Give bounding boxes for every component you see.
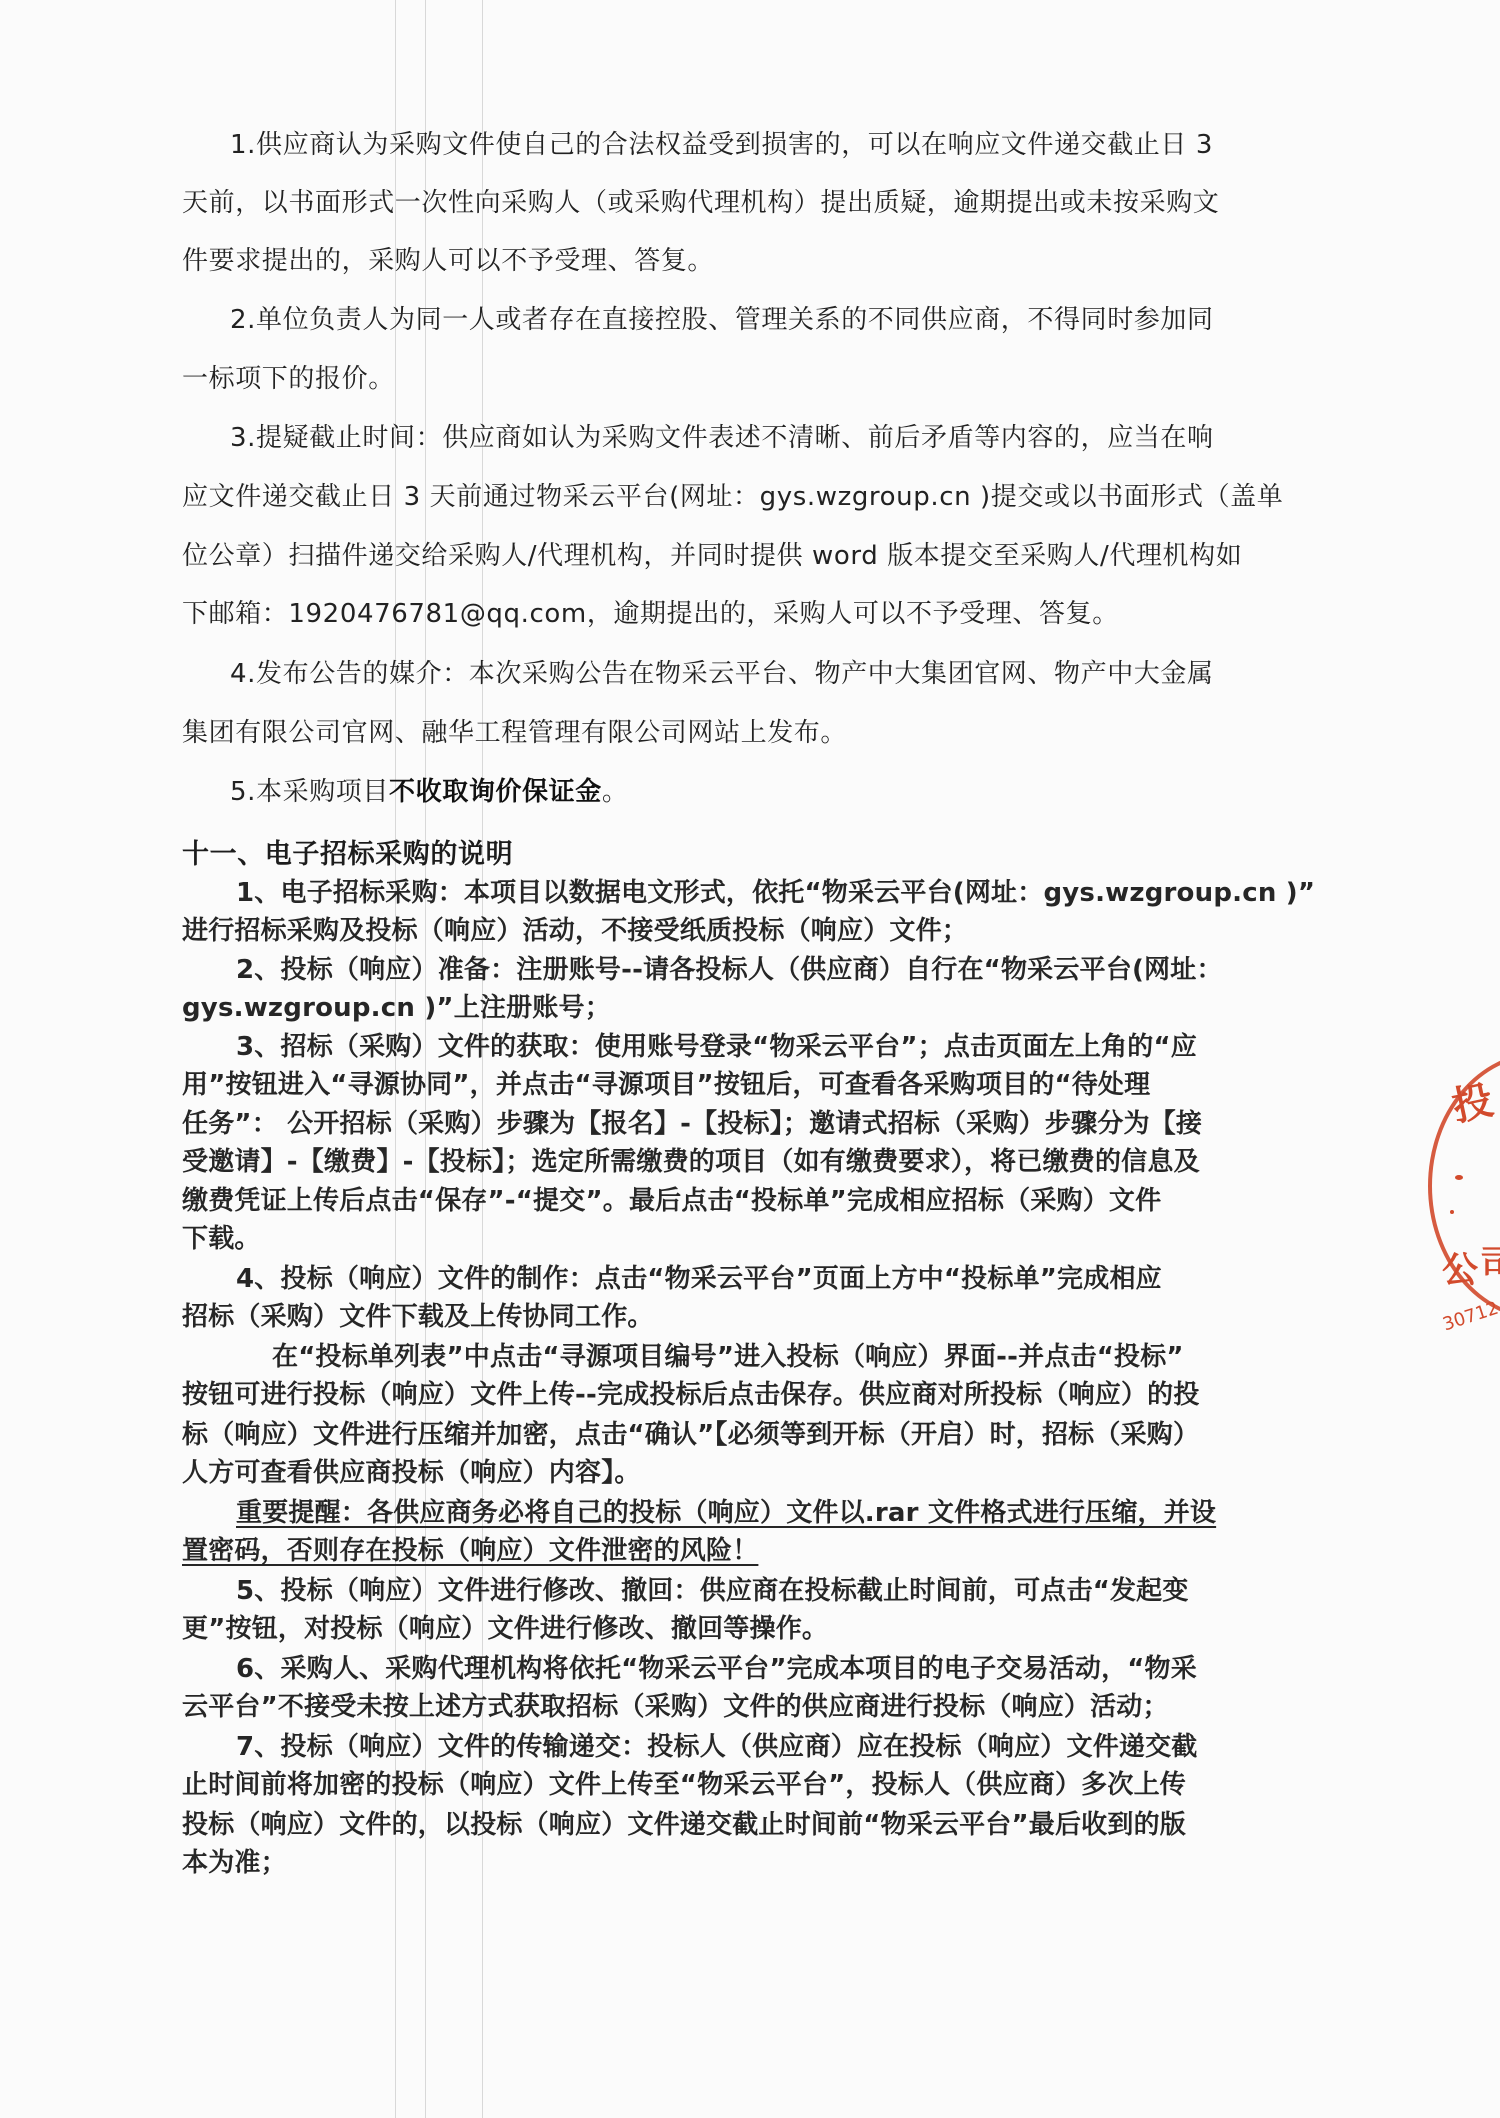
text-line: gys.wzgroup.cn )”上注册账号； [182,991,1382,1025]
text-line: 3、招标（采购）文件的获取：使用账号登录“物采云平台”；点击页面左上角的“应 [236,1030,1436,1064]
text-line: 7、投标（响应）文件的传输递交：投标人（供应商）应在投标（响应）文件递交截 [236,1730,1436,1764]
text-line: 任务”： 公开招标（采购）步骤为【报名】-【投标】；邀请式招标（采购）步骤分为【… [182,1107,1382,1141]
text-line: 位公章）扫描件递交给采购人/代理机构，并同时提供 word 版本提交至采购人/代… [182,539,1382,573]
seal-char: 公 [1442,1242,1478,1293]
seal-mark [1455,1175,1463,1180]
seal-char: 司 [1480,1236,1500,1287]
seal-mark [1450,1210,1454,1214]
text-line: 5、投标（响应）文件进行修改、撤回：供应商在投标截止时间前，可点击“发起变 [236,1574,1436,1608]
important-reminder-line: 重要提醒：各供应商务必将自己的投标（响应）文件以.rar 文件格式进行压缩，并设 [236,1496,1436,1530]
text-line: 本为准； [182,1846,1382,1880]
text-line: 止时间前将加密的投标（响应）文件上传至“物采云平台”，投标人（供应商）多次上传 [182,1768,1382,1802]
text-line: 2.单位负责人为同一人或者存在直接控股、管理关系的不同供应商，不得同时参加同 [230,303,1430,337]
text-line: 2、投标（响应）准备：注册账号--请各投标人（供应商）自行在“物采云平台(网址： [236,953,1436,987]
text-line: 更”按钮，对投标（响应）文件进行修改、撤回等操作。 [182,1612,1382,1646]
clause-5-suffix: 。 [602,777,629,807]
text-line: 1、电子招标采购：本项目以数据电文形式，依托“物采云平台(网址：gys.wzgr… [236,876,1436,910]
important-reminder-line: 置密码，否则存在投标（响应）文件泄密的风险！ [182,1534,1382,1568]
text-line: 标（响应）文件进行压缩并加密，点击“确认”【必须等到开标（开启）时，招标（采购） [182,1418,1382,1452]
text-line: 4、投标（响应）文件的制作：点击“物采云平台”页面上方中“投标单”完成相应 [236,1262,1436,1296]
clause-5-emphasis: 不收取询价保证金 [389,777,602,807]
text-line: 天前，以书面形式一次性向采购人（或采购代理机构）提出质疑，逾期提出或未按采购文 [182,186,1382,220]
text-line: 集团有限公司官网、融华工程管理有限公司网站上发布。 [182,716,1382,750]
text-line: 1.供应商认为采购文件使自己的合法权益受到损害的，可以在响应文件递交截止日 3 [230,128,1430,162]
text-line: 投标（响应）文件的，以投标（响应）文件递交截止时间前“物采云平台”最后收到的版 [182,1808,1382,1842]
text-line: 下载。 [182,1222,1382,1256]
text-line: 用”按钮进入“寻源协同”，并点击“寻源项目”按钮后，可查看各采购项目的“待处理 [182,1068,1382,1102]
text-line: 6、采购人、采购代理机构将依托“物采云平台”完成本项目的电子交易活动，“物采 [236,1652,1436,1686]
text-line: 人方可查看供应商投标（响应）内容】。 [182,1456,1382,1490]
text-line: 缴费凭证上传后点击“保存”-“提交”。最后点击“投标单”完成相应招标（采购）文件 [182,1184,1382,1218]
seal-number: 30712 [1440,1298,1500,1336]
text-line: 应文件递交截止日 3 天前通过物采云平台(网址：gys.wzgroup.cn )… [182,480,1382,514]
text-line: 下邮箱：1920476781@qq.com，逾期提出的，采购人可以不予受理、答复… [182,597,1382,631]
clause-5-prefix: 5.本采购项目 [230,777,389,807]
clause-5: 5.本采购项目不收取询价保证金。 [230,775,1430,809]
text-line: 件要求提出的，采购人可以不予受理、答复。 [182,244,1382,278]
text-line: 在“投标单列表”中点击“寻源项目编号”进入投标（响应）界面--并点击“投标” [272,1340,1472,1374]
text-line: 进行招标采购及投标（响应）活动，不接受纸质投标（响应）文件； [182,914,1382,948]
text-line: 云平台”不接受未按上述方式获取招标（采购）文件的供应商进行投标（响应）活动； [182,1690,1382,1724]
section-heading: 十一、电子招标采购的说明 [182,838,1382,872]
text-line: 3.提疑截止时间：供应商如认为采购文件表述不清晰、前后矛盾等内容的，应当在响 [230,421,1430,455]
text-line: 受邀请】-【缴费】-【投标】；选定所需缴费的项目（如有缴费要求），将已缴费的信息… [182,1145,1382,1179]
text-line: 按钮可进行投标（响应）文件上传--完成投标后点击保存。供应商对所投标（响应）的投 [182,1378,1382,1412]
text-line: 一标项下的报价。 [182,362,1382,396]
text-line: 招标（采购）文件下载及上传协同工作。 [182,1300,1382,1334]
text-line: 4.发布公告的媒介：本次采购公告在物采云平台、物产中大集团官网、物产中大金属 [230,657,1430,691]
